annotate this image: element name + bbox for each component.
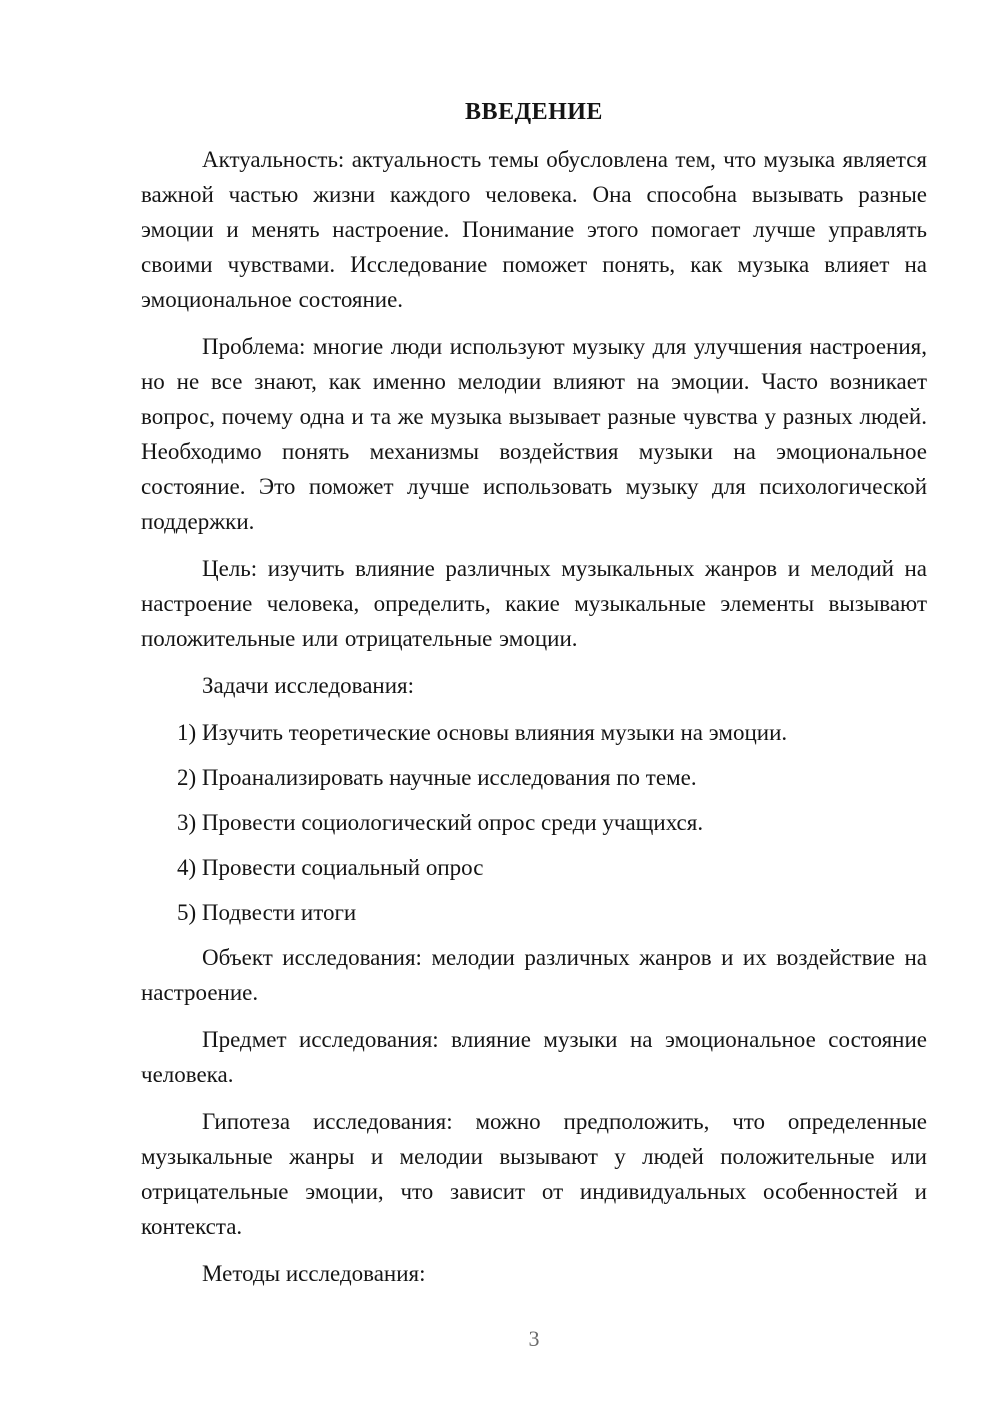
paragraph-problem: Проблема: многие люди используют музыку … — [141, 329, 927, 539]
paragraph-hypothesis: Гипотеза исследования: можно предположит… — [141, 1104, 927, 1244]
task-item-4: 4) Провести социальный опрос — [141, 850, 927, 885]
task-item-1: 1) Изучить теоретические основы влияния … — [141, 715, 927, 750]
tasks-heading: Задачи исследования: — [141, 668, 927, 703]
paragraph-object: Объект исследования: мелодии различных ж… — [141, 940, 927, 1010]
task-item-5: 5) Подвести итоги — [141, 895, 927, 930]
paragraph-goal: Цель: изучить влияние различных музыкаль… — [141, 551, 927, 656]
paragraph-subject: Предмет исследования: влияние музыки на … — [141, 1022, 927, 1092]
task-item-3: 3) Провести социологический опрос среди … — [141, 805, 927, 840]
page-title: ВВЕДЕНИЕ — [141, 95, 927, 130]
document-page: ВВЕДЕНИЕ Актуальность: актуальность темы… — [0, 0, 1000, 1414]
task-item-2: 2) Проанализировать научные исследования… — [141, 760, 927, 795]
page-number: 3 — [141, 1326, 927, 1352]
methods-heading: Методы исследования: — [141, 1256, 927, 1291]
paragraph-relevance: Актуальность: актуальность темы обусловл… — [141, 142, 927, 317]
